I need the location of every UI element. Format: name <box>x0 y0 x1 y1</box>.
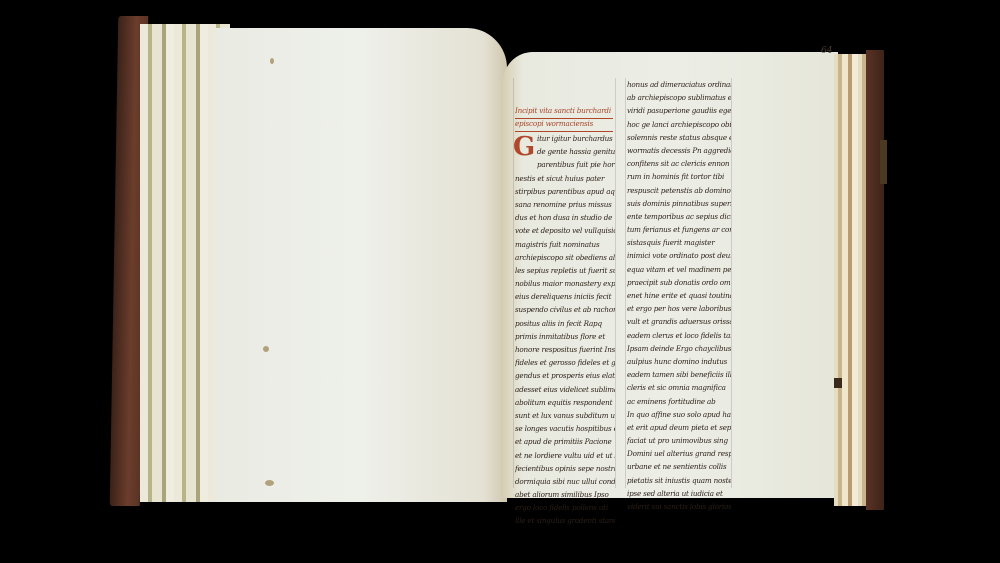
clasp-remnant <box>880 140 887 184</box>
text-line: itur igitur burchardus <box>515 132 615 145</box>
text-line: honore respositus fuerint Insupe <box>515 343 615 356</box>
text-line: ente temporibus ac sepius dicta <box>627 210 731 223</box>
text-line: sana renomine prius missus <box>515 198 615 211</box>
right-page: 64 Incipit vita sancti burchardi episcop… <box>503 52 838 498</box>
text-line: nobilus maior monastery expm <box>515 277 615 290</box>
text-line: eius dereliquens iniciis fecit <box>515 290 615 303</box>
ruling-line <box>731 78 732 488</box>
text-line: ac eminens fortitudine ab <box>627 395 731 408</box>
text-line: honus ad dimeraciatus ordinat <box>627 78 731 91</box>
text-line: Domini uel alterius grand respi <box>627 447 731 460</box>
text-line: solemnis reste status absque et atque <box>627 131 731 144</box>
ruling-line <box>625 78 626 488</box>
text-line: et ergo per hos vere laboribus hu <box>627 302 731 315</box>
text-line: vult et grandis aduersus orissa <box>627 315 731 328</box>
text-line: se longes vacutis hospitibus et <box>515 422 615 435</box>
ruling-line <box>615 78 616 488</box>
text-line: dus et hon dusa in studio de <box>515 211 615 224</box>
text-column-1: itur igitur burchardusde gente hassia ge… <box>515 132 615 528</box>
text-line: de gente hassia genitus <box>515 145 615 158</box>
text-line: faciat ut pro unimovibus sing <box>627 434 731 447</box>
text-line: et ne lordiere vultu uid et ut sibi <box>515 449 615 462</box>
text-line: viderit sui sanctis lobis gloriosus <box>627 500 731 513</box>
text-line: nestis et sicut huius pater <box>515 172 615 185</box>
text-line: positus aliis in fecit Rapq <box>515 317 615 330</box>
text-line: parentibus fuit pie hor <box>515 158 615 171</box>
text-line: rum in hominis fit tortor tibi <box>627 170 731 183</box>
stain <box>263 346 269 352</box>
bookmark-tab <box>834 378 842 388</box>
text-line: enet hine erite et quasi toutina <box>627 289 731 302</box>
text-line: eadem clerus et loco fidelis tanto <box>627 329 731 342</box>
text-line: In quo affine suo solo apud hanc <box>627 408 731 421</box>
text-line: les sepius repletis ut fuerit sup <box>515 264 615 277</box>
text-line: dormiquia sibi nuc ullui condidis <box>515 475 615 488</box>
text-line: cleris et sic omnia magnifica <box>627 381 731 394</box>
text-line: et apud de primitiis Pacione <box>515 435 615 448</box>
rubric-underline <box>515 118 613 119</box>
text-line: pietatis sit iniustis quam noster <box>627 474 731 487</box>
text-line: et erit apud deum pieta et sepe <box>627 421 731 434</box>
text-line: sunt et lux vanus subditum ut <box>515 409 615 422</box>
text-line: eadem tamen sibi beneficiis ille <box>627 368 731 381</box>
text-line: archiepiscopo sit obediens aliusque pu <box>515 251 615 264</box>
heading-line: episcopi wormaciensis <box>515 117 615 130</box>
text-line: equa vitam et vel madinem pe <box>627 263 731 276</box>
text-line: viridi pasuperione gaudiis ege <box>627 104 731 117</box>
page-edges-right <box>834 54 870 506</box>
text-line: stirpibus parentibus apud aqua <box>515 185 615 198</box>
text-line: wormatis decessis Pn aggredies <box>627 144 731 157</box>
text-line: primis inmitatibus flore et <box>515 330 615 343</box>
stain <box>265 480 274 486</box>
text-line: vote et deposito vel vullquisio <box>515 224 615 237</box>
text-line: respuscit petenstis ab domino <box>627 184 731 197</box>
text-line: sistasquis fuerit magister <box>627 236 731 249</box>
stain <box>270 58 274 64</box>
text-line: fideles et gerosso fideles et gelo <box>515 356 615 369</box>
text-line: abolitum equitis respondent qui <box>515 396 615 409</box>
text-line: hoc ge lanci archiepiscopo obiendio <box>627 118 731 131</box>
text-line: suis dominis pinnatibus superi <box>627 197 731 210</box>
text-column-2: honus ad dimeraciatus ordinatab archiepi… <box>627 78 731 513</box>
folio-number: 64 <box>821 46 832 56</box>
text-line: aulpius hunc domino indutus <box>627 355 731 368</box>
text-line: confitens sit ac clericis ennon <box>627 157 731 170</box>
text-line: magistris fuit nominatus <box>515 238 615 251</box>
left-page-blank <box>215 28 507 502</box>
text-line: abet aliorum similibus Ipso <box>515 488 615 501</box>
text-line: suspendo civilus et ab rachone <box>515 303 615 316</box>
text-line: ipse sed alteria ut iudicia et <box>627 487 731 500</box>
heading-line: Incipit vita sancti burchardi <box>515 104 615 117</box>
text-line: urbane et ne sentientis collis <box>627 460 731 473</box>
text-line: tum ferianus et fungens ar con <box>627 223 731 236</box>
text-line: praecipit sub donatis ordo om <box>627 276 731 289</box>
text-line: ille et singulus gradenti stare <box>515 514 615 527</box>
text-line: ergo loco fidelis pollens uti <box>515 501 615 514</box>
text-line: inimici vote ordinato post deum <box>627 249 731 262</box>
text-line: Ipsam deinde Ergo chayclibus <box>627 342 731 355</box>
text-line: ab archiepiscopo sublimatus et claro <box>627 91 731 104</box>
book-cover-right <box>866 50 884 510</box>
text-line: gendus et prosperis eius elatus et <box>515 369 615 382</box>
text-line: adesset eius videlicet sublimandi <box>515 383 615 396</box>
text-line: fecientibus opinis sepe nostra illi <box>515 462 615 475</box>
